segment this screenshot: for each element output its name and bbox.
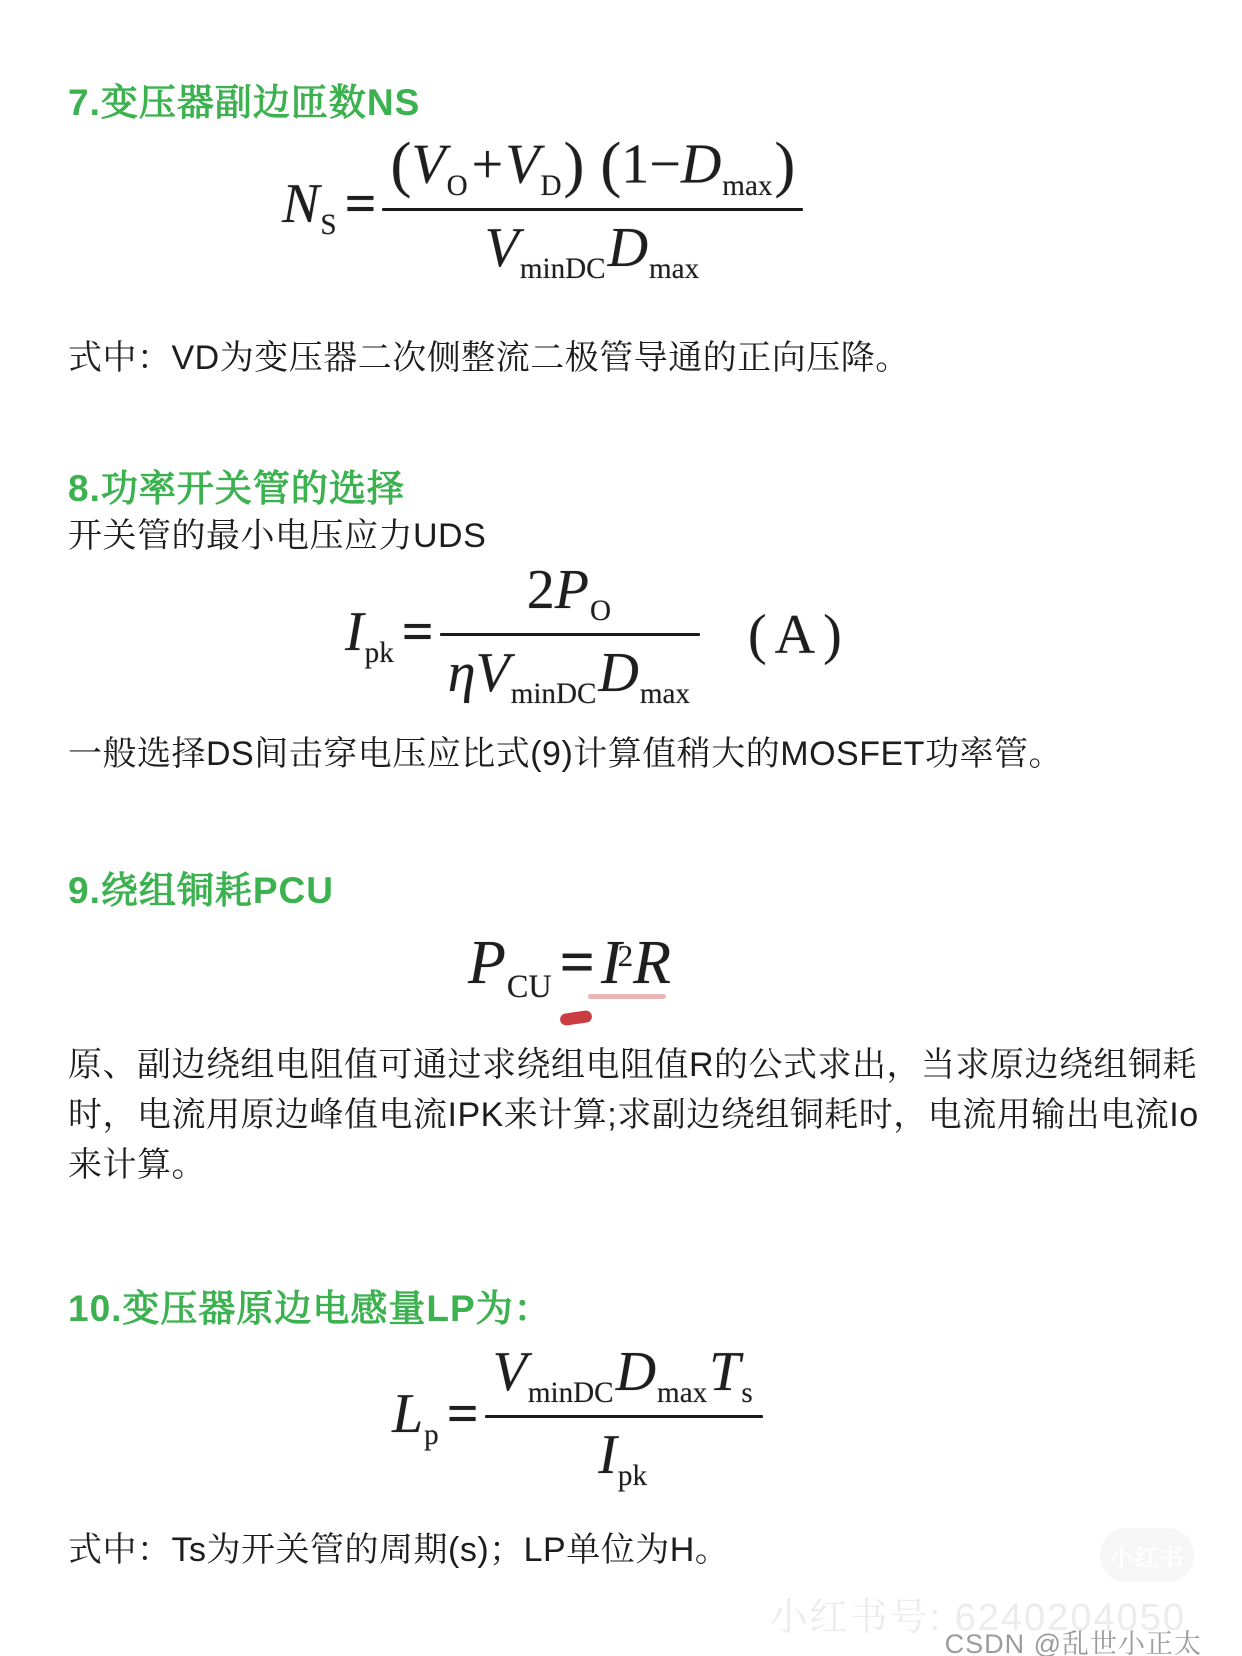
formula-lhs: NS= <box>282 172 382 242</box>
math-subscript: max <box>649 253 699 285</box>
math-superscript: 2 <box>618 938 634 973</box>
intro-uds: 开关管的最小电压应力UDS <box>68 508 486 557</box>
paragraph-line: 来计算。 <box>68 1140 1199 1190</box>
math-token: V <box>411 134 445 196</box>
formula-ipk: Ipk= 2PO ηVminDCDmax (A) <box>345 558 850 711</box>
math-subscript: max <box>722 170 772 202</box>
fraction-bar <box>440 633 700 636</box>
equals-sign: = <box>560 929 595 997</box>
fraction-bar <box>485 1415 763 1418</box>
math-subscript: s <box>741 1377 752 1409</box>
fraction-denominator: Ipk <box>590 1423 657 1493</box>
fraction-bar <box>382 208 803 211</box>
math-token: D <box>608 217 648 279</box>
math-token: V <box>493 1341 527 1403</box>
fraction-numerator: VminDCDmaxTs <box>485 1340 763 1410</box>
math-token: V <box>475 642 509 704</box>
fraction-numerator: 2PO <box>519 558 621 628</box>
math-subscript: pk <box>618 1460 647 1492</box>
xiaohongshu-badge: 小红书 <box>1100 1528 1194 1582</box>
math-token: ) <box>563 129 584 199</box>
math-subscript: CU <box>507 968 552 1004</box>
fraction-numerator: (VO+VD)(1−Dmax) <box>382 128 803 203</box>
math-subscript: O <box>447 170 468 202</box>
math-token: D <box>616 1341 656 1403</box>
math-subscript: p <box>424 1419 439 1451</box>
math-token: D <box>681 134 721 196</box>
math-token: I <box>598 1424 617 1486</box>
math-token: η <box>448 642 476 704</box>
red-annotation-line <box>588 994 666 999</box>
paragraph-line: 时，电流用原边峰值电流IPK来计算;求副边绕组铜耗时，电流用输出电流Io <box>68 1090 1199 1140</box>
math-token: N <box>282 173 319 235</box>
fraction: 2PO ηVminDCDmax <box>440 558 700 711</box>
formula-ns: NS= (VO+VD)(1−Dmax) VminDCDmax <box>282 128 803 286</box>
math-subscript: S <box>320 209 336 241</box>
csdn-watermark: CSDN @乱世小正太 <box>945 1622 1202 1656</box>
math-token: 1− <box>621 134 681 196</box>
note-vd: 式中：VD为变压器二次侧整流二极管导通的正向压降。 <box>68 330 910 379</box>
math-subscript: max <box>640 678 690 710</box>
math-token: ( <box>390 129 411 199</box>
math-subscript: minDC <box>511 678 597 710</box>
math-subscript: O <box>590 595 611 627</box>
fraction: VminDCDmaxTs Ipk <box>485 1340 763 1493</box>
math-token: 2 <box>527 559 555 621</box>
fraction: (VO+VD)(1−Dmax) VminDCDmax <box>382 128 803 286</box>
section-8-heading: 8.功率开关管的选择 <box>68 458 405 512</box>
math-token: P <box>555 559 589 621</box>
note-mosfet: 一般选择DS间击穿电压应比式(9)计算值稍大的MOSFET功率管。 <box>68 726 1063 775</box>
section-7-heading: 7.变压器副边匝数NS <box>68 72 420 126</box>
math-token: I <box>345 601 364 663</box>
equals-sign: = <box>402 601 434 663</box>
fraction-denominator: VminDCDmax <box>477 216 710 286</box>
math-token: V <box>505 134 539 196</box>
equals-sign: = <box>345 173 377 235</box>
math-token: ) <box>774 129 795 199</box>
red-annotation-mark <box>559 1010 592 1026</box>
paragraph-line: 原、副边绕组电阻值可通过求绕组电阻值R的公式求出，当求原边绕组铜耗 <box>68 1040 1199 1090</box>
math-token: R <box>633 929 671 997</box>
math-subscript: minDC <box>528 1377 614 1409</box>
math-token: ( <box>600 129 621 199</box>
math-subscript: D <box>540 170 561 202</box>
equals-sign: = <box>447 1383 479 1445</box>
document-page: { "colors": { "heading_green": "#3cb14f"… <box>0 0 1242 1656</box>
formula-pcu: PCU=I2R <box>468 928 671 1005</box>
section-10-heading: 10.变压器原边电感量LP为： <box>68 1278 552 1332</box>
formula-lhs: Lp= <box>392 1382 485 1452</box>
formula-lp: Lp= VminDCDmaxTs Ipk <box>392 1340 763 1493</box>
math-token: V <box>485 217 519 279</box>
math-token: T <box>709 1341 740 1403</box>
math-subscript: pk <box>365 637 394 669</box>
math-token: L <box>392 1383 423 1445</box>
math-token: + <box>472 134 504 196</box>
formula-lhs: Ipk= <box>345 600 440 670</box>
math-token: P <box>468 929 506 997</box>
fraction-denominator: ηVminDCDmax <box>440 641 700 711</box>
unit-ampere: (A) <box>748 603 850 667</box>
copper-loss-paragraph: 原、副边绕组电阻值可通过求绕组电阻值R的公式求出，当求原边绕组铜耗 时，电流用原… <box>68 1040 1199 1190</box>
math-subscript: max <box>657 1377 707 1409</box>
math-subscript: minDC <box>520 253 606 285</box>
note-ts: 式中：Ts为开关管的周期(s)；LP单位为H。 <box>68 1522 729 1571</box>
math-token: D <box>598 642 638 704</box>
section-9-heading: 9.绕组铜耗PCU <box>68 860 334 914</box>
